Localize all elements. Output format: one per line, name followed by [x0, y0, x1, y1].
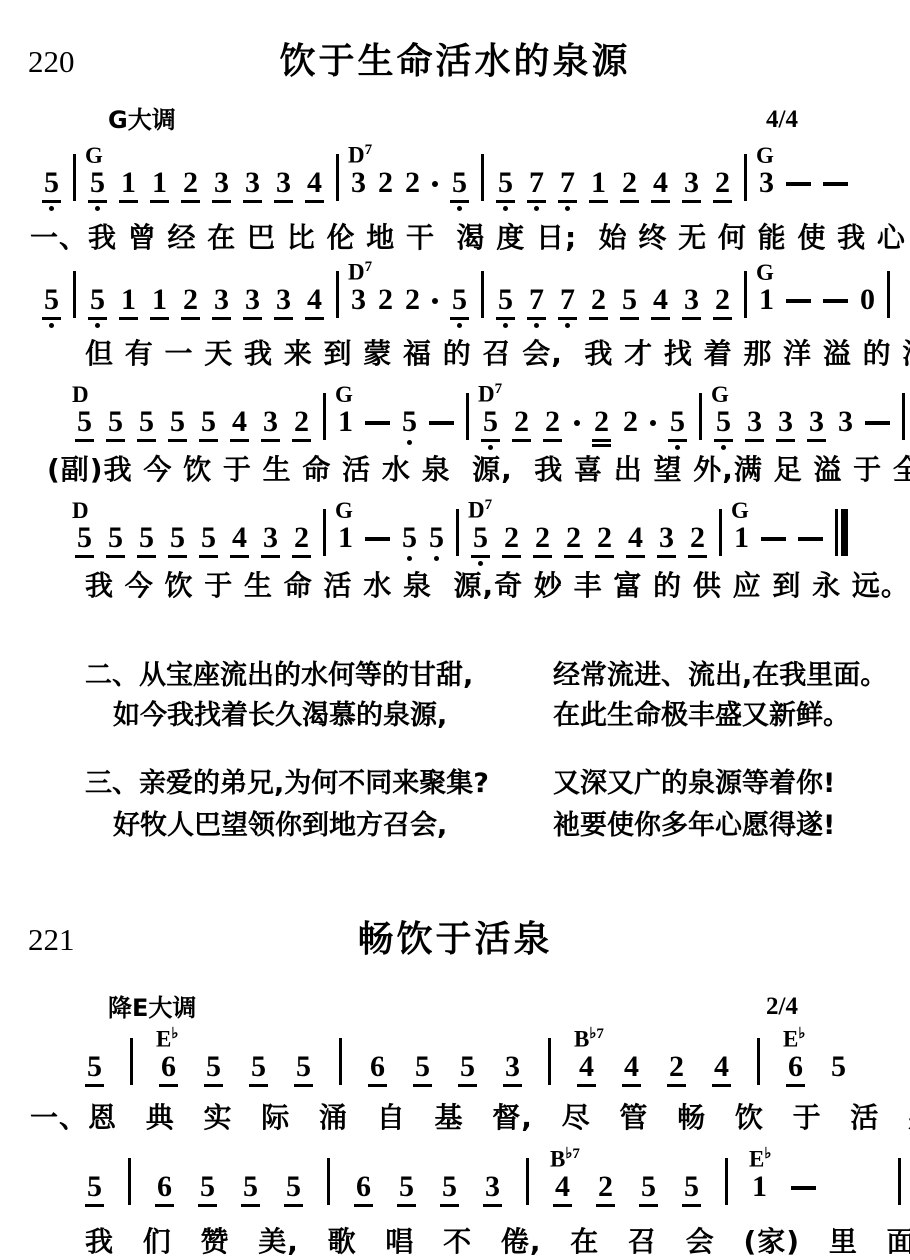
note: 3 — [212, 168, 231, 203]
eighth-underline — [714, 439, 733, 442]
note: 5 — [620, 285, 639, 320]
hymnal-page: 220 饮于生命活水的泉源 G大调 4/4 5G51123334D7322557… — [0, 0, 910, 1260]
note: 2 — [596, 1172, 615, 1207]
low-octave-dot — [49, 206, 54, 211]
note: 2 — [378, 285, 393, 315]
note: 5 — [42, 168, 61, 211]
note: 1 — [589, 168, 608, 203]
note-digit: 5 — [170, 523, 185, 553]
eighth-underline — [305, 317, 324, 320]
song-title: 畅饮于活泉 — [0, 920, 910, 960]
eighth-underline — [42, 200, 61, 203]
note-digit: 5 — [108, 523, 123, 553]
note-digit: 5 — [296, 1052, 311, 1082]
eighth-underline — [212, 317, 231, 320]
duration-dash — [823, 299, 848, 303]
note-digit: 4 — [624, 1052, 639, 1082]
eighth-underline — [776, 439, 795, 442]
barline — [725, 1158, 728, 1205]
note-digit: 4 — [232, 523, 247, 553]
note: 4 — [305, 168, 324, 203]
barline — [456, 509, 459, 556]
eighth-underline — [243, 317, 262, 320]
note-digit: 1 — [752, 1172, 767, 1202]
note: 5 — [450, 285, 469, 328]
eighth-underline — [620, 200, 639, 203]
note-digit: 3 — [245, 285, 260, 315]
eighth-underline — [786, 1084, 805, 1087]
note: 1 — [150, 168, 169, 203]
eighth-underline — [503, 1084, 522, 1087]
eighth-underline — [292, 555, 311, 558]
time-signature: 2/4 — [766, 994, 798, 1019]
chord-root: G — [335, 498, 353, 523]
note: 3 — [503, 1052, 522, 1087]
chord-label: B♭7 — [574, 1027, 604, 1051]
eighth-underline — [199, 555, 218, 558]
note: 3 — [776, 407, 795, 442]
low-octave-dot — [95, 206, 100, 211]
note: 5 — [402, 407, 417, 445]
augmentation-dot — [432, 298, 438, 304]
note-digit: 3 — [214, 168, 229, 198]
eighth-underline — [305, 200, 324, 203]
music-line: D55555432G15D7522225G53333 — [75, 407, 905, 450]
note-digit: 5 — [206, 1052, 221, 1082]
low-octave-dot — [407, 440, 412, 445]
note-digit: 4 — [653, 168, 668, 198]
note-digit: 2 — [715, 168, 730, 198]
eighth-underline — [450, 200, 469, 203]
note-digit: 1 — [121, 168, 136, 198]
note-digit: 5 — [684, 1172, 699, 1202]
duration-dash — [823, 182, 848, 186]
note: 5 — [458, 1052, 477, 1087]
eighth-underline — [745, 439, 764, 442]
note: 5 — [668, 407, 687, 450]
chord-root: B — [574, 1027, 589, 1052]
eighth-underline — [592, 439, 611, 442]
low-octave-dot — [534, 323, 539, 328]
note: 4 — [651, 168, 670, 203]
note: 5 — [402, 523, 417, 561]
note-digit: 5 — [452, 285, 467, 315]
note: 3 — [838, 407, 853, 437]
note: 3 — [274, 168, 293, 203]
barline — [526, 1158, 529, 1205]
note: 5 — [639, 1172, 658, 1207]
note-digit: 2 — [514, 407, 529, 437]
note: 4 — [651, 285, 670, 320]
eighth-underline — [159, 1084, 178, 1087]
note-digit: 2 — [669, 1052, 684, 1082]
chord-extension: 7 — [365, 142, 373, 158]
chord-extension: 7 — [495, 381, 503, 397]
eighth-underline — [657, 555, 676, 558]
note-digit: 1 — [591, 168, 606, 198]
note-digit: 2 — [405, 168, 420, 198]
note-digit: 2 — [598, 1172, 613, 1202]
note: 3 — [261, 407, 280, 442]
low-octave-dot — [503, 206, 508, 211]
note: 2 — [688, 523, 707, 558]
chord-label: E♭ — [783, 1027, 805, 1051]
eighth-underline — [713, 317, 732, 320]
note: 2 — [667, 1052, 686, 1087]
note-digit: 5 — [87, 1172, 102, 1202]
note-digit: 5 — [460, 1052, 475, 1082]
note: 5 — [294, 1052, 313, 1087]
note-digit: 1 — [152, 285, 167, 315]
note-digit: 7 — [529, 285, 544, 315]
low-octave-dot — [488, 445, 493, 450]
eighth-underline — [558, 317, 577, 320]
music-line: 565556553B♭74255E♭1 — [85, 1172, 901, 1207]
note-digit: 5 — [200, 1172, 215, 1202]
note-digit: 5 — [170, 407, 185, 437]
note: 2 — [405, 168, 420, 198]
eighth-underline — [181, 317, 200, 320]
eighth-underline — [168, 555, 187, 558]
note: 3 — [261, 523, 280, 558]
low-octave-dot — [534, 206, 539, 211]
eighth-underline — [440, 1204, 459, 1207]
chord-label: D7 — [348, 143, 372, 167]
note: 3 — [745, 407, 764, 442]
barline — [744, 154, 747, 201]
low-octave-dot — [503, 323, 508, 328]
chord-label: E♭ — [156, 1027, 178, 1051]
barline — [719, 509, 722, 556]
note-digit: 2 — [405, 285, 420, 315]
note: D5 — [75, 523, 94, 558]
eighth-underline — [181, 200, 200, 203]
note: 2 — [543, 407, 562, 442]
note: 7 — [558, 285, 577, 328]
note-digit: 5 — [201, 523, 216, 553]
flat-sign: ♭ — [798, 1026, 805, 1042]
note: 5 — [204, 1052, 223, 1087]
note-digit: 5 — [139, 407, 154, 437]
note-digit: 5 — [483, 407, 498, 437]
eighth-underline — [230, 439, 249, 442]
note-digit: 5 — [139, 523, 154, 553]
lyric-line: 一、我 曾 经 在 巴 比 伦 地 干 渴 度 日; 始 终 无 何 能 使 我… — [30, 222, 910, 254]
eighth-underline — [496, 200, 515, 203]
eighth-underline — [150, 200, 169, 203]
eighth-underline — [688, 555, 707, 558]
note: 3 — [212, 285, 231, 320]
chord-extension: 7 — [572, 1146, 580, 1162]
chord-root: G — [756, 143, 774, 168]
note: 5 — [106, 407, 125, 442]
note: 3 — [682, 285, 701, 320]
note-digit: 3 — [809, 407, 824, 437]
note: D73 — [351, 285, 366, 315]
note-digit: 3 — [263, 407, 278, 437]
note: 5 — [168, 523, 187, 558]
eighth-underline — [496, 317, 515, 320]
low-octave-dot — [457, 206, 462, 211]
barline — [336, 271, 339, 318]
note: E♭6 — [159, 1052, 178, 1087]
verse-line: 二、从宝座流出的水何等的甘甜, — [85, 660, 473, 691]
barline — [744, 271, 747, 318]
note-digit: 5 — [286, 1172, 301, 1202]
note: G5 — [714, 407, 733, 450]
note: 2 — [620, 168, 639, 203]
barline — [323, 509, 326, 556]
chord-label: E♭ — [749, 1147, 771, 1171]
note-digit: 3 — [245, 168, 260, 198]
note-digit: 3 — [263, 523, 278, 553]
duration-dash — [865, 421, 890, 425]
eighth-underline — [284, 1204, 303, 1207]
note-digit: 4 — [555, 1172, 570, 1202]
chord-root: G — [731, 498, 749, 523]
note-digit: 6 — [356, 1172, 371, 1202]
chord-root: G — [711, 382, 729, 407]
eighth-underline — [249, 1084, 268, 1087]
eighth-underline — [553, 1204, 572, 1207]
note: 5 — [450, 168, 469, 211]
eighth-underline — [651, 200, 670, 203]
eighth-underline — [682, 317, 701, 320]
eighth-underline — [292, 439, 311, 442]
eighth-underline — [230, 555, 249, 558]
note: 3 — [483, 1172, 502, 1207]
eighth-underline — [651, 317, 670, 320]
note-digit: 1 — [152, 168, 167, 198]
note: 5 — [137, 407, 156, 442]
note-digit: 5 — [77, 407, 92, 437]
note: 5 — [106, 523, 125, 558]
note-digit: 3 — [684, 168, 699, 198]
chord-root: D — [348, 260, 365, 285]
chord-label: G — [85, 144, 103, 167]
eighth-underline — [458, 1084, 477, 1087]
note-digit: 3 — [684, 285, 699, 315]
note: 0 — [860, 285, 875, 315]
note-digit: 5 — [641, 1172, 656, 1202]
note-digit: 6 — [788, 1052, 803, 1082]
note: 5 — [88, 285, 107, 328]
note-digit: 3 — [351, 168, 366, 198]
note-digit: 2 — [690, 523, 705, 553]
note: 4 — [712, 1052, 731, 1087]
eighth-underline — [622, 1084, 641, 1087]
note-digit: 5 — [87, 1052, 102, 1082]
duration-dash — [761, 537, 786, 541]
eighth-underline — [620, 317, 639, 320]
chord-label: D7 — [468, 498, 492, 522]
chord-extension: 7 — [485, 497, 493, 513]
flat-sign: ♭ — [171, 1026, 178, 1042]
note: G1 — [734, 523, 749, 553]
barline — [73, 271, 76, 318]
eighth-underline — [589, 200, 608, 203]
eighth-underline — [558, 200, 577, 203]
low-octave-dot — [565, 323, 570, 328]
note: B♭74 — [553, 1172, 572, 1207]
chord-root: E — [156, 1027, 171, 1052]
note-digit: 5 — [429, 523, 444, 553]
duration-dash — [798, 537, 823, 541]
note: 2 — [502, 523, 521, 558]
note: E♭6 — [786, 1052, 805, 1087]
note: 5 — [440, 1172, 459, 1207]
note-digit: 5 — [77, 523, 92, 553]
eighth-underline — [88, 317, 107, 320]
augmentation-dot — [574, 420, 580, 426]
note-digit: 3 — [838, 407, 853, 437]
barline — [699, 393, 702, 440]
note: 3 — [274, 285, 293, 320]
barline — [339, 1038, 342, 1085]
eighth-underline — [168, 439, 187, 442]
note: 3 — [657, 523, 676, 558]
note: 4 — [626, 523, 645, 558]
note: G1 — [338, 523, 353, 553]
note-digit: 4 — [307, 285, 322, 315]
key-signature: 降E大调 — [108, 996, 196, 1020]
note-digit: 0 — [860, 285, 875, 315]
note: 2 — [623, 407, 638, 437]
note-digit: 2 — [504, 523, 519, 553]
barline — [323, 393, 326, 440]
low-octave-dot — [675, 445, 680, 450]
barline — [336, 154, 339, 201]
note: 5 — [249, 1052, 268, 1087]
eighth-underline — [712, 1084, 731, 1087]
note: 3 — [682, 168, 701, 203]
barline — [887, 271, 890, 318]
music-line: 5E♭65556553B♭74424E♭65 — [85, 1052, 846, 1087]
eighth-underline — [88, 200, 107, 203]
note: 2 — [589, 285, 608, 320]
note-digit: 1 — [338, 407, 353, 437]
chord-root: E — [749, 1147, 764, 1172]
note: 1 — [150, 285, 169, 320]
note: 2 — [713, 168, 732, 203]
note: 5 — [199, 523, 218, 558]
note-digit: 5 — [402, 407, 417, 437]
eighth-underline — [155, 1204, 174, 1207]
duration-dash — [429, 421, 454, 425]
eighth-underline — [75, 439, 94, 442]
eighth-underline — [527, 200, 546, 203]
note-digit: 3 — [214, 285, 229, 315]
eighth-underline — [589, 317, 608, 320]
chord-label: G — [756, 144, 774, 167]
eighth-underline — [243, 200, 262, 203]
chord-root: G — [756, 260, 774, 285]
note-digit: 5 — [716, 407, 731, 437]
chord-root: D — [478, 382, 495, 407]
chord-root: B — [550, 1147, 565, 1172]
note: 3 — [243, 168, 262, 203]
eighth-underline — [261, 439, 280, 442]
eighth-underline — [413, 1084, 432, 1087]
note: 2 — [181, 168, 200, 203]
note-digit: 6 — [161, 1052, 176, 1082]
note: 5 — [241, 1172, 260, 1207]
barline — [902, 393, 905, 440]
barline — [130, 1038, 133, 1085]
chord-root: G — [85, 143, 103, 168]
note-digit: 5 — [670, 407, 685, 437]
music-line: D55555432G155D752222432G1 — [75, 523, 848, 566]
note-digit: 2 — [591, 285, 606, 315]
eighth-underline — [119, 317, 138, 320]
note-digit: 5 — [108, 407, 123, 437]
note-digit: 5 — [201, 407, 216, 437]
duration-dash — [786, 182, 811, 186]
eighth-underline — [294, 1084, 313, 1087]
chord-label: D7 — [478, 382, 502, 406]
note-digit: 7 — [529, 168, 544, 198]
note: 2 — [405, 285, 420, 315]
chord-root: E — [783, 1027, 798, 1052]
low-octave-dot — [434, 556, 439, 561]
music-line: 5G51123334D7322557712432G3 — [42, 168, 848, 211]
eighth-underline — [713, 200, 732, 203]
eighth-underline — [150, 317, 169, 320]
note: 5 — [137, 523, 156, 558]
note-digit: 5 — [473, 523, 488, 553]
eighth-underline — [397, 1204, 416, 1207]
eighth-underline — [483, 1204, 502, 1207]
eighth-underline — [667, 1084, 686, 1087]
verse-line: 如今我找着长久渴慕的泉源, — [113, 700, 447, 731]
note-digit: 3 — [485, 1172, 500, 1202]
note: E♭1 — [752, 1172, 767, 1202]
low-octave-dot — [457, 323, 462, 328]
note: 6 — [155, 1172, 174, 1207]
note: 4 — [230, 407, 249, 442]
low-octave-dot — [95, 323, 100, 328]
note: 5 — [168, 407, 187, 442]
chord-label: G — [731, 499, 749, 522]
eighth-underline — [450, 317, 469, 320]
note-digit: 5 — [415, 1052, 430, 1082]
note: 2 — [592, 407, 611, 447]
note-digit: 1 — [338, 523, 353, 553]
eighth-underline — [198, 1204, 217, 1207]
note-digit: 2 — [183, 168, 198, 198]
note-digit: 5 — [399, 1172, 414, 1202]
eighth-underline — [42, 317, 61, 320]
barline — [327, 1158, 330, 1205]
note-digit: 4 — [714, 1052, 729, 1082]
note: 2 — [292, 407, 311, 442]
lyric-line: 但 有 一 天 我 来 到 蒙 福 的 召 会, 我 才 找 着 那 洋 溢 的… — [85, 338, 910, 370]
note-digit: 2 — [566, 523, 581, 553]
lyric-line: 我 们 赞 美, 歌 唱 不 倦, 在 召 会 (家) 里 面。 — [85, 1226, 910, 1258]
barline — [73, 154, 76, 201]
barline — [481, 271, 484, 318]
note: 5 — [198, 1172, 217, 1207]
note: G5 — [88, 168, 107, 211]
barline — [757, 1038, 760, 1085]
chord-root: D — [468, 498, 485, 523]
note-digit: 6 — [370, 1052, 385, 1082]
note-digit: 2 — [535, 523, 550, 553]
verse-line: 三、亲爱的弟兄,为何不同来聚集? — [85, 768, 489, 799]
note-digit: 4 — [653, 285, 668, 315]
note-digit: 3 — [659, 523, 674, 553]
chord-label: B♭7 — [550, 1147, 580, 1171]
